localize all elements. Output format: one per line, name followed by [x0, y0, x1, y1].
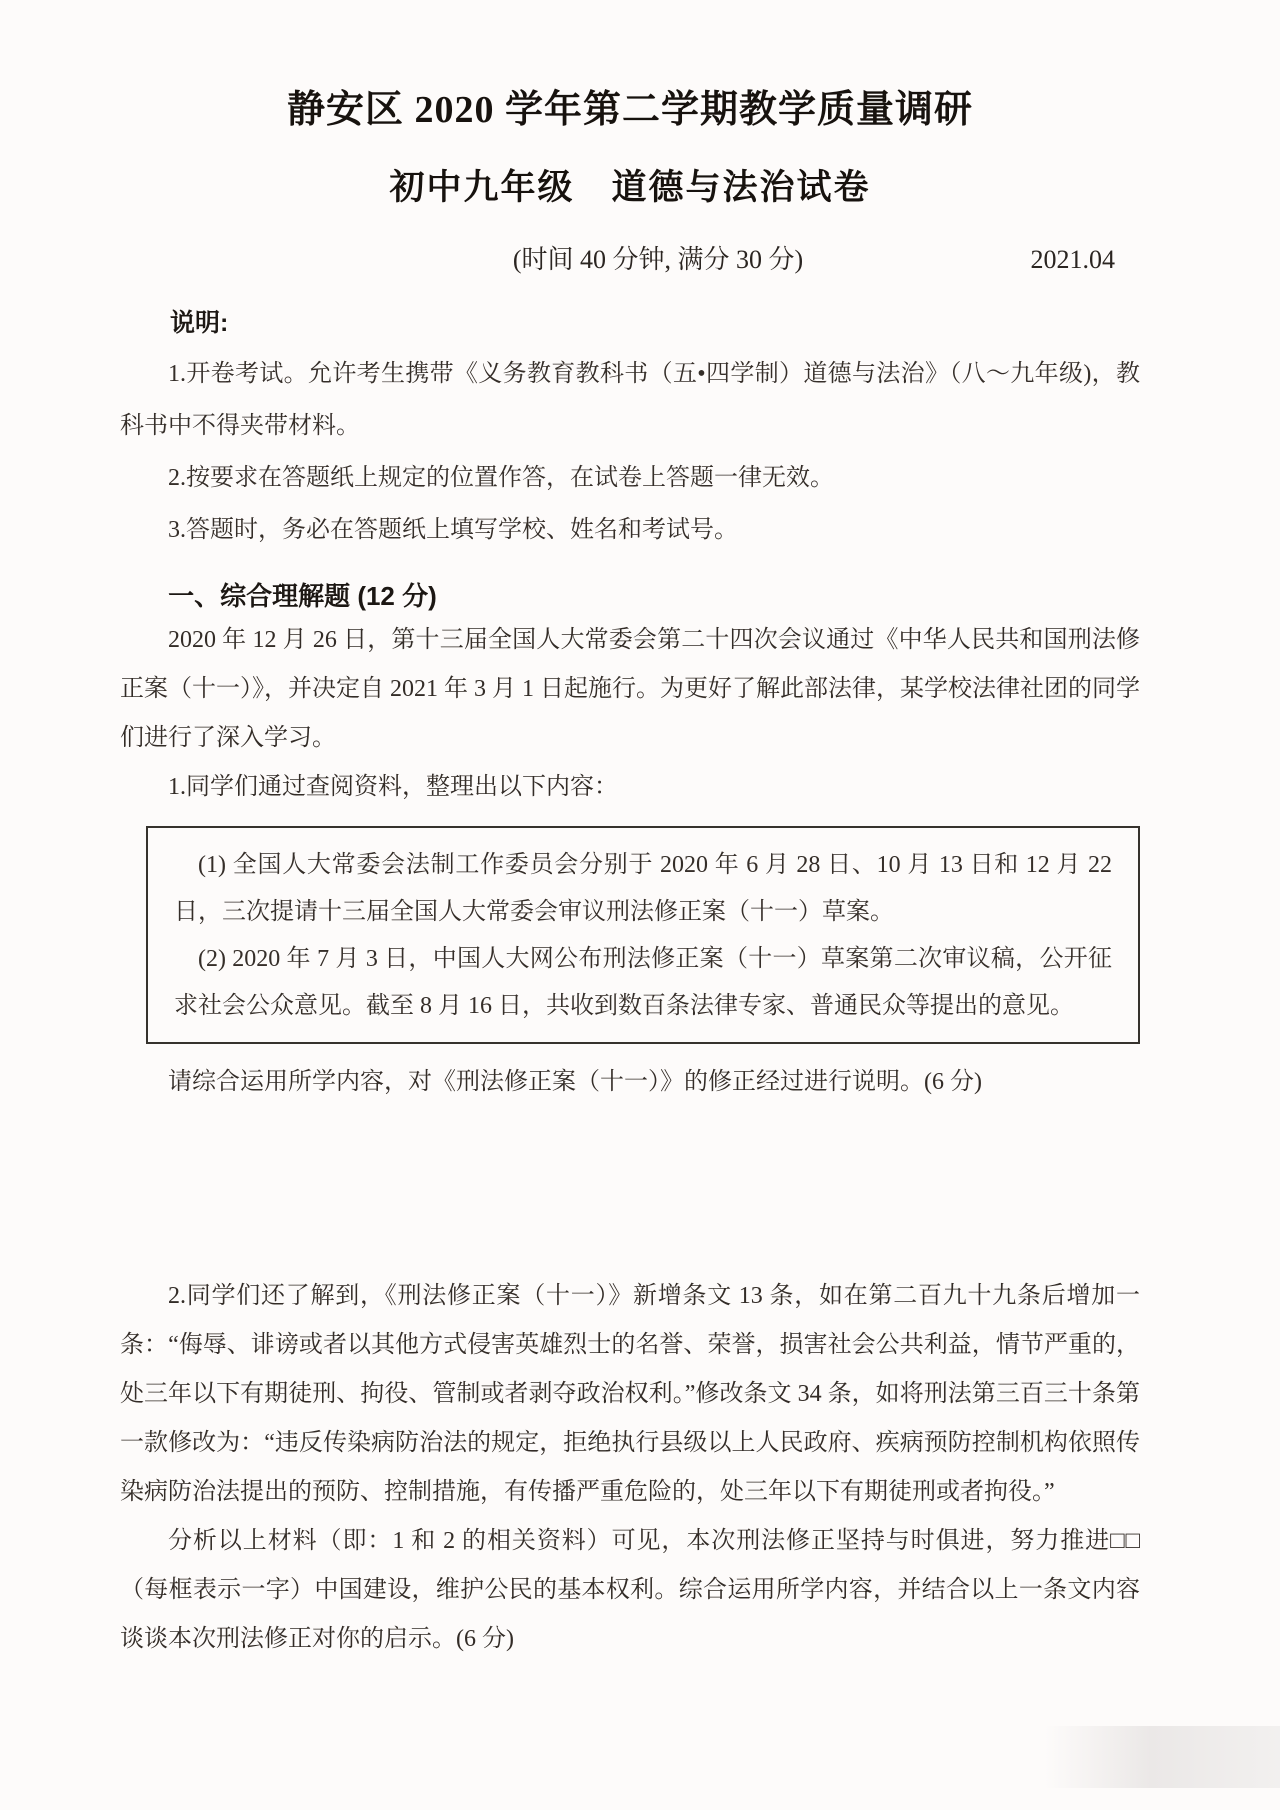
notice-item-2: 2.按要求在答题纸上规定的位置作答，在试卷上答题一律无效。 — [120, 452, 1140, 504]
question1-task: 请综合运用所学内容，对《刑法修正案（十一）》的修正经过进行说明。(6 分) — [120, 1058, 1140, 1107]
material-item-2: (2) 2020 年 7 月 3 日，中国人大网公布刑法修正案（十一）草案第二次… — [174, 936, 1112, 1030]
scan-artifact — [1045, 1726, 1280, 1788]
material-box: (1) 全国人大常委会法制工作委员会分别于 2020 年 6 月 28 日、10… — [146, 826, 1140, 1044]
notice-section: 1.开卷考试。允许考生携带《义务教育教科书（五•四学制）道德与法治》（八～九年级… — [120, 348, 1140, 556]
section1-heading: 一、综合理解题 (12 分) — [120, 576, 1140, 616]
section1-intro: 2020 年 12 月 26 日，第十三届全国人大常委会第二十四次会议通过《中华… — [120, 616, 1140, 763]
question1-lead: 1.同学们通过查阅资料，整理出以下内容： — [120, 763, 1140, 812]
notice-item-3: 3.答题时，务必在答题纸上填写学校、姓名和考试号。 — [120, 504, 1140, 556]
exam-paper-page: 静安区 2020 学年第二学期教学质量调研 初中九年级 道德与法治试卷 (时间 … — [0, 0, 1280, 1810]
paper-title: 静安区 2020 学年第二学期教学质量调研 — [120, 88, 1140, 132]
time-score-note: (时间 40 分钟, 满分 30 分) — [513, 245, 803, 274]
notice-heading: 说明: — [120, 306, 1140, 340]
exam-date: 2021.04 — [1031, 242, 1116, 278]
question2-text: 2.同学们还了解到，《刑法修正案（十一）》新增条文 13 条，如在第二百九十九条… — [120, 1272, 1140, 1517]
question2-task: 分析以上材料（即：1 和 2 的相关资料）可见，本次刑法修正坚持与时俱进，努力推… — [120, 1517, 1140, 1664]
material-item-1: (1) 全国人大常委会法制工作委员会分别于 2020 年 6 月 28 日、10… — [174, 842, 1112, 936]
answer-space — [120, 1107, 1140, 1272]
paper-subtitle: 初中九年级 道德与法治试卷 — [120, 168, 1140, 208]
meta-row: (时间 40 分钟, 满分 30 分) 2021.04 — [120, 242, 1140, 278]
section1-body: 2020 年 12 月 26 日，第十三届全国人大常委会第二十四次会议通过《中华… — [120, 616, 1140, 1664]
notice-item-1: 1.开卷考试。允许考生携带《义务教育教科书（五•四学制）道德与法治》（八～九年级… — [120, 348, 1140, 452]
